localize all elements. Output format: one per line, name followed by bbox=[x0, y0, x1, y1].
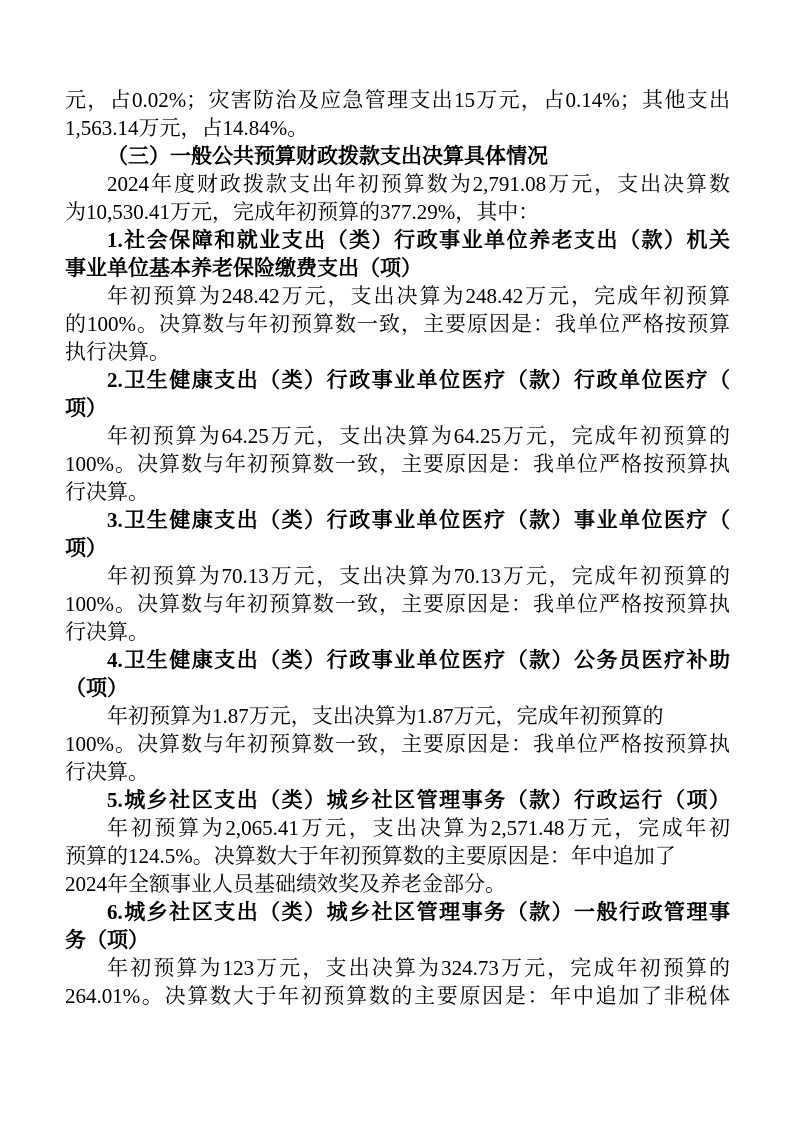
text-line: 行决算。 bbox=[65, 618, 730, 646]
text-line: 2024年度财政拨款支出年初预算数为2,791.08万元，支出决算数 bbox=[65, 170, 730, 198]
text-line: 执行决算。 bbox=[65, 338, 730, 366]
intro-paragraph: 2024年度财政拨款支出年初预算数为2,791.08万元，支出决算数 为10,5… bbox=[65, 170, 730, 226]
item-5-heading: 5.城乡社区支出（类）城乡社区管理事务（款）行政运行（项） bbox=[65, 786, 730, 814]
item-heading-line: 事业单位基本养老保险缴费支出（项） bbox=[65, 254, 730, 282]
text-line: 行决算。 bbox=[65, 758, 730, 786]
item-heading-line: 5.城乡社区支出（类）城乡社区管理事务（款）行政运行（项） bbox=[65, 786, 730, 814]
item-6-body: 年初预算为123万元，支出决算为324.73万元，完成年初预算的 264.01%… bbox=[65, 954, 730, 1010]
item-heading-line: 3.卫生健康支出（类）行政事业单位医疗（款）事业单位医疗（ bbox=[65, 506, 730, 534]
text-line: 264.01%。决算数大于年初预算数的主要原因是：年中追加了非税体 bbox=[65, 982, 730, 1010]
text-line: 年初预算为70.13万元，支出决算为70.13万元，完成年初预算的 bbox=[65, 562, 730, 590]
item-4-heading: 4.卫生健康支出（类）行政事业单位医疗（款）公务员医疗补助 （项） bbox=[65, 646, 730, 702]
text-line: 元，占0.02%；灾害防治及应急管理支出15万元，占0.14%；其他支出 bbox=[65, 86, 730, 114]
text-line: 的100%。决算数与年初预算数一致，主要原因是：我单位严格按预算 bbox=[65, 310, 730, 338]
item-5-body: 年初预算为2,065.41万元，支出决算为2,571.48万元，完成年初 预算的… bbox=[65, 814, 730, 898]
text-line: 行决算。 bbox=[65, 478, 730, 506]
section-heading: （三）一般公共预算财政拨款支出决算具体情况 bbox=[65, 142, 730, 170]
item-heading-line: 务（项） bbox=[65, 926, 730, 954]
text-line: 2024年全额事业人员基础绩效奖及养老金部分。 bbox=[65, 870, 730, 898]
text-line: 100%。决算数与年初预算数一致，主要原因是：我单位严格按预算执 bbox=[65, 590, 730, 618]
text-line: 年初预算为123万元，支出决算为324.73万元，完成年初预算的 bbox=[65, 954, 730, 982]
item-1-body: 年初预算为248.42万元，支出决算为248.42万元，完成年初预算 的100%… bbox=[65, 282, 730, 366]
paragraph-continued: 元，占0.02%；灾害防治及应急管理支出15万元，占0.14%；其他支出 1,5… bbox=[65, 86, 730, 142]
item-3-body: 年初预算为70.13万元，支出决算为70.13万元，完成年初预算的 100%。决… bbox=[65, 562, 730, 646]
text-line: 100%。决算数与年初预算数一致，主要原因是：我单位严格按预算执 bbox=[65, 450, 730, 478]
text-line: 年初预算为64.25万元，支出决算为64.25万元，完成年初预算的 bbox=[65, 422, 730, 450]
text-line: 100%。决算数与年初预算数一致，主要原因是：我单位严格按预算执 bbox=[65, 730, 730, 758]
text-line: 年初预算为248.42万元，支出决算为248.42万元，完成年初预算 bbox=[65, 282, 730, 310]
item-4-body: 年初预算为1.87万元，支出决算为1.87万元，完成年初预算的 100%。决算数… bbox=[65, 702, 730, 786]
item-heading-line: 2.卫生健康支出（类）行政事业单位医疗（款）行政单位医疗（ bbox=[65, 366, 730, 394]
item-1-heading: 1.社会保障和就业支出（类）行政事业单位养老支出（款）机关 事业单位基本养老保险… bbox=[65, 226, 730, 282]
item-heading-line: 4.卫生健康支出（类）行政事业单位医疗（款）公务员医疗补助 bbox=[65, 646, 730, 674]
document-page: 元，占0.02%；灾害防治及应急管理支出15万元，占0.14%；其他支出 1,5… bbox=[0, 0, 793, 1122]
item-heading-line: 6.城乡社区支出（类）城乡社区管理事务（款）一般行政管理事 bbox=[65, 898, 730, 926]
item-2-heading: 2.卫生健康支出（类）行政事业单位医疗（款）行政单位医疗（ 项） bbox=[65, 366, 730, 422]
item-heading-line: （项） bbox=[65, 674, 730, 702]
item-2-body: 年初预算为64.25万元，支出决算为64.25万元，完成年初预算的 100%。决… bbox=[65, 422, 730, 506]
text-line: 预算的124.5%。决算数大于年初预算数的主要原因是：年中追加了 bbox=[65, 842, 730, 870]
text-line: 为10,530.41万元，完成年初预算的377.29%，其中： bbox=[65, 198, 730, 226]
item-6-heading: 6.城乡社区支出（类）城乡社区管理事务（款）一般行政管理事 务（项） bbox=[65, 898, 730, 954]
text-line: 年初预算为2,065.41万元，支出决算为2,571.48万元，完成年初 bbox=[65, 814, 730, 842]
text-line: 年初预算为1.87万元，支出决算为1.87万元，完成年初预算的 bbox=[65, 702, 730, 730]
item-heading-line: 项） bbox=[65, 394, 730, 422]
section-heading-line: （三）一般公共预算财政拨款支出决算具体情况 bbox=[65, 142, 730, 170]
item-heading-line: 1.社会保障和就业支出（类）行政事业单位养老支出（款）机关 bbox=[65, 226, 730, 254]
item-3-heading: 3.卫生健康支出（类）行政事业单位医疗（款）事业单位医疗（ 项） bbox=[65, 506, 730, 562]
item-heading-line: 项） bbox=[65, 534, 730, 562]
text-line: 1,563.14万元，占14.84%。 bbox=[65, 114, 730, 142]
